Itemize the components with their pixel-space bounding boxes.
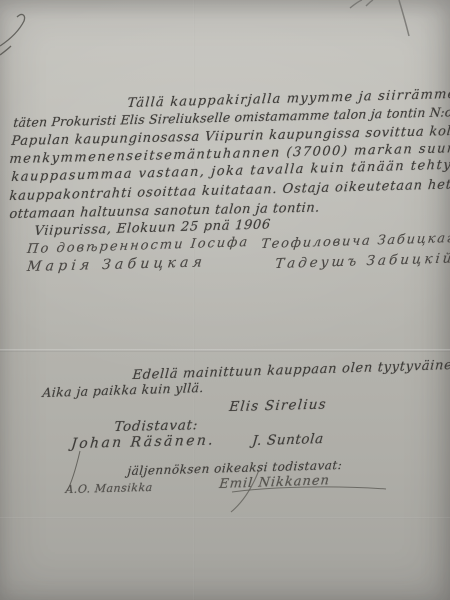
attorney-note-right: Теофиловича Забицкаго xyxy=(260,231,450,252)
copy-witness-signature-2: Emil Nikkanen xyxy=(218,473,330,492)
buyer-signature: Elis Sirelius xyxy=(228,396,327,415)
fold-crease-horizontal xyxy=(0,349,450,352)
document-photo: Tällä kauppakirjalla myymme ja siirrämme… xyxy=(0,0,450,600)
fold-crease-vertical xyxy=(193,0,195,600)
pencil-mark-fragment xyxy=(350,0,373,8)
fold-crease-horizontal-faint xyxy=(0,517,450,519)
attorney-note-left: По довѣренности Іосифа xyxy=(26,235,250,257)
witness-signature-2: J. Suntola xyxy=(251,431,324,449)
acceptance-line-2: Aika ja paikka kuin yllä. xyxy=(42,380,205,400)
deed-line-7: ottamaan haltuunsa sanotun talon ja tont… xyxy=(9,200,321,222)
seller-signature-tadeusz: Тадеушъ Забицкій. xyxy=(274,250,450,272)
pen-flourish-mark xyxy=(0,14,25,55)
seller-signature-maria: Марія Забицкая xyxy=(26,254,207,275)
copy-witness-signature-1: A.O. Mansikka xyxy=(65,481,153,496)
acceptance-line-1: Edellä mainittuun kauppaan olen tyytyväi… xyxy=(132,358,450,384)
pencil-stroke-fragment xyxy=(399,0,409,36)
